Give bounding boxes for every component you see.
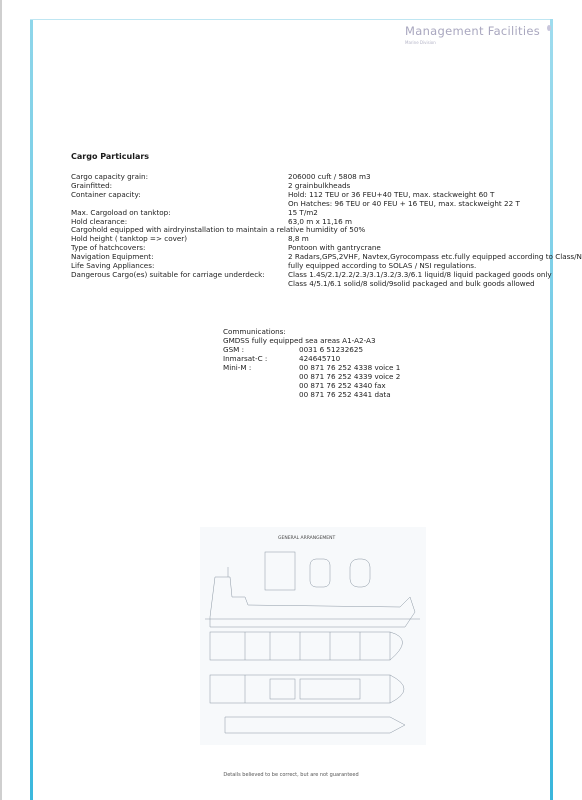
cargo-row-value: 15 T/m2 [288, 208, 318, 217]
general-arrangement-drawing: GENERAL ARRANGEMENT [200, 527, 426, 745]
cargo-row-value: Class 1.4S/2.1/2.2/2.3/3.1/3.2/3.3/6.1 l… [288, 270, 552, 279]
cargo-row-value: Pontoon with gantrycrane [288, 243, 381, 252]
cargo-row-value: 206000 cuft / 5808 m3 [288, 172, 371, 181]
cargo-row-value: 63,0 m x 11,16 m [288, 217, 352, 226]
drawing-title: GENERAL ARRANGEMENT [278, 535, 336, 541]
page-edge [0, 0, 2, 800]
comm-row-value: 00 871 76 252 4338 voice 1 [299, 363, 400, 372]
comm-row-label: Inmarsat-C : [223, 354, 267, 363]
comm-row-value: 00 871 76 252 4340 fax [299, 381, 386, 390]
comm-row-value: 00 871 76 252 4339 voice 2 [299, 372, 400, 381]
comm-row: Mini-M :00 871 76 252 4338 voice 1 [223, 363, 251, 372]
cargo-row-value: fully equipped according to SOLAS / NSI … [288, 261, 476, 270]
cargo-row-value: 2 Radars,GPS,2VHF, Navtex,Gyrocompass et… [288, 252, 582, 261]
company-title: Management Facilities [405, 24, 540, 38]
cargo-row-value: On Hatches: 96 TEU or 40 FEU + 16 TEU, m… [288, 199, 520, 208]
comm-row-label: Mini-M : [223, 363, 251, 372]
frame-border-left [30, 19, 33, 800]
cargo-row-label: Cargo capacity grain: [71, 172, 148, 181]
communications-title-label: Communications: [223, 327, 286, 336]
disclaimer: Details believed to be correct, but are … [0, 772, 582, 778]
cargo-row-label: Type of hatchcovers: [71, 243, 145, 252]
company-subtitle: Marine Division [405, 40, 436, 45]
ship-plan-drawing: GENERAL ARRANGEMENT [200, 527, 426, 745]
comm-row-value: 0031 6 51232625 [299, 345, 363, 354]
frame-border-top [30, 19, 550, 20]
comm-row: GSM :0031 6 51232625 [223, 345, 244, 354]
cargo-row-label: Life Saving Appliances: [71, 261, 154, 270]
cargo-row-label: Cargohold equipped with airdryinstallati… [71, 225, 365, 234]
communications-title: Communications: [223, 327, 286, 336]
cargo-particulars-title: Cargo Particulars [71, 152, 149, 161]
comm-row-value: 424645710 [299, 354, 340, 363]
cargo-row-label: Dangerous Cargo(es) suitable for carriag… [71, 270, 265, 279]
cargo-row-label: Container capacity: [71, 190, 141, 199]
cargo-row-value: 2 grainbulkheads [288, 181, 350, 190]
logo-dot-icon [547, 25, 551, 31]
cargo-row-value: Hold: 112 TEU or 36 FEU+40 TEU, max. sta… [288, 190, 494, 199]
comm-row-value: 00 871 76 252 4341 data [299, 390, 391, 399]
cargo-row-value: Class 4/5.1/6.1 solid/8 solid/9solid pac… [288, 279, 535, 288]
gmdss-line: GMDSS fully equipped sea areas A1-A2-A3 [223, 336, 376, 345]
cargo-row-label: Grainfitted: [71, 181, 112, 190]
frame-border-right [550, 19, 553, 800]
comm-row-label: GSM : [223, 345, 244, 354]
gmdss-line-label: GMDSS fully equipped sea areas A1-A2-A3 [223, 336, 376, 345]
cargo-row-label: Max. Cargoload on tanktop: [71, 208, 171, 217]
cargo-row-label: Hold clearance: [71, 217, 127, 226]
comm-row: Inmarsat-C :424645710 [223, 354, 267, 363]
cargo-row-label: Hold height ( tanktop => cover) [71, 234, 187, 243]
cargo-row-label: Navigation Equipment: [71, 252, 154, 261]
cargo-row-value: 8,8 m [288, 234, 309, 243]
